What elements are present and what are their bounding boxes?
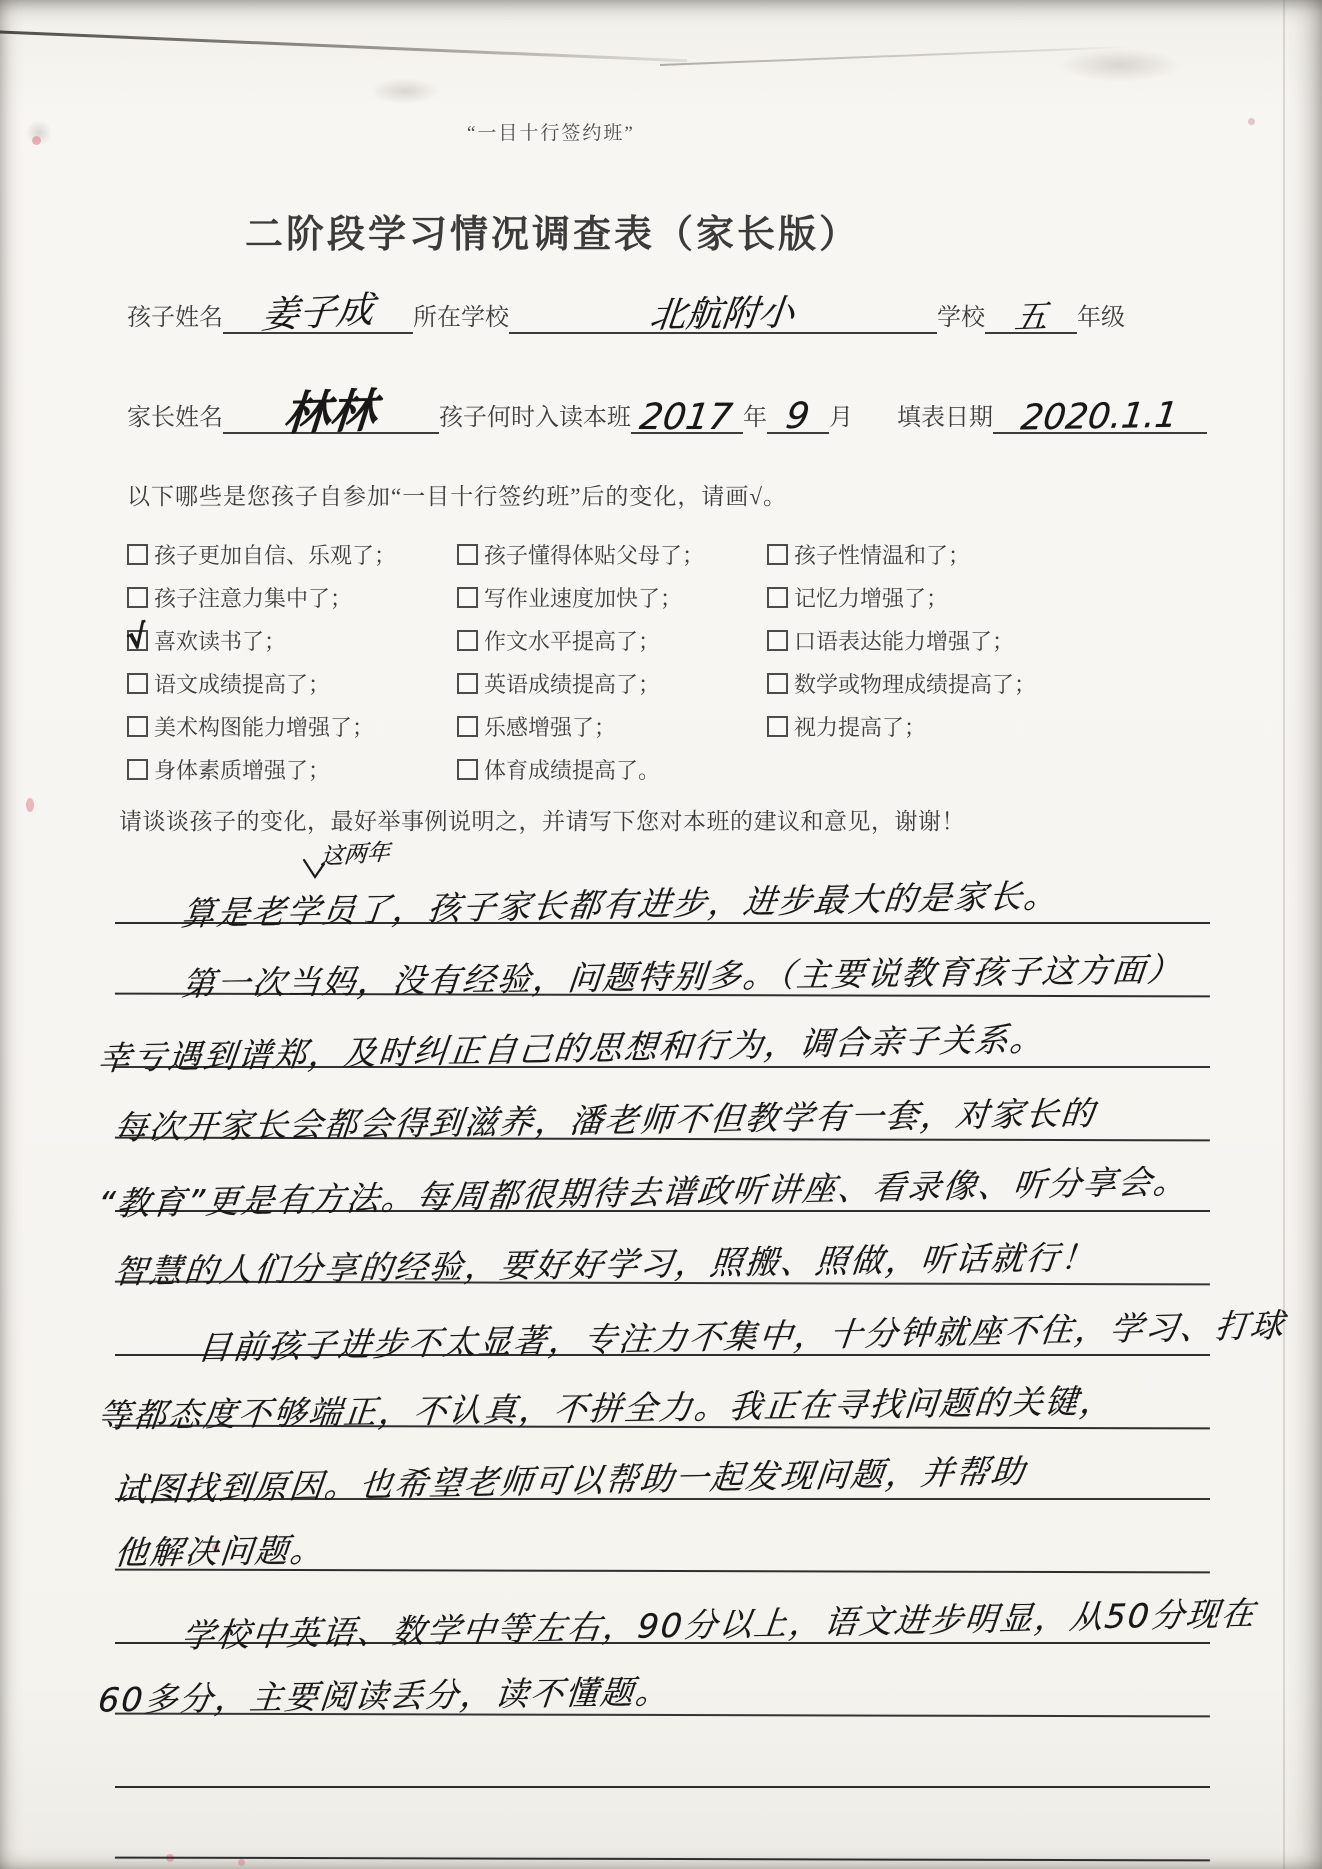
- checkbox-item-oral-expression: 口语表达能力增强了；: [767, 625, 1210, 668]
- ruled-line-empty: [115, 1716, 1210, 1788]
- checkbox-item-temperament: 孩子性情温和了；: [767, 539, 1210, 582]
- checkbox-item-reading-checked: √喜欢读书了；: [127, 625, 457, 668]
- parent-name-value: 林林: [282, 374, 379, 443]
- scan-fold-line: [1283, 0, 1285, 1869]
- form-content: “一目十行签约班” 二阶段学习情况调查表（家长版） 孩子姓名 姜子成 所在学校 …: [115, 0, 1210, 1860]
- checklist-grid: 孩子更加自信、乐观了； 孩子懂得体贴父母了； 孩子性情温和了； 孩子注意力集中了…: [115, 539, 1210, 797]
- handwritten-text: 智慧的人们分享的经验，要好好学习，照搬、照做，听话就行！: [113, 1241, 1098, 1289]
- handwritten-text: 60多分，主要阅读丢分，读不懂题。: [97, 1675, 672, 1716]
- handwritten-line: 每次开家长会都会得到滋养，潘老师不但教学有一套，对家长的: [115, 1067, 1210, 1142]
- handwritten-line: “教育”更是有方法。每周都很期待去谱政听讲座、看录像、听分享会。: [115, 1140, 1210, 1212]
- handwritten-text: 每次开家长会都会得到滋养，潘老师不但教学有一套，对家长的: [113, 1097, 1098, 1145]
- date-field: 2020.1.1: [993, 392, 1207, 434]
- checkbox-icon: [127, 673, 148, 694]
- checkbox-icon: [457, 716, 478, 737]
- handwritten-line: 等都态度不够端正，不认真，不拼全力。我正在寻找问题的关键，: [115, 1355, 1210, 1430]
- enroll-month-suffix: 月: [829, 397, 853, 434]
- checkbox-item-attention: 孩子注意力集中了；: [127, 582, 457, 625]
- parent-name-field: 林林: [223, 366, 439, 434]
- checkbox-item-math-physics-score: 数学或物理成绩提高了；: [767, 668, 1210, 711]
- checkbox-label: 孩子更加自信、乐观了；: [154, 539, 396, 570]
- child-info-row: 孩子姓名 姜子成 所在学校 北航附小 学校 五 年级: [115, 286, 1210, 334]
- checkbox-icon: [457, 759, 478, 780]
- handwritten-line: 他解决问题。: [115, 1499, 1210, 1574]
- grade-value: 五: [1012, 290, 1048, 338]
- essay-prompt: 请谈谈孩子的变化，最好举事例说明之，并请写下您对本班的建议和意见，谢谢！: [115, 803, 1210, 836]
- handwritten-line: 试图找到原因。也希望老师可以帮助一起发现问题，并帮助: [115, 1428, 1210, 1500]
- checkbox-icon: [457, 587, 478, 608]
- checkbox-label: 乐感增强了；: [484, 711, 616, 742]
- checkbox-item-homework-speed: 写作业速度加快了；: [457, 582, 767, 625]
- handwritten-text: 第一次当妈，没有经验，问题特别多。（主要说教育孩子这方面）: [181, 953, 1184, 1001]
- scan-speck: [238, 1859, 245, 1866]
- enroll-year-suffix: 年: [743, 397, 767, 434]
- checkbox-icon: [457, 630, 478, 651]
- grade-field: 五: [985, 285, 1077, 334]
- program-name-header: “一目十行签约班”: [115, 118, 1210, 145]
- grade-prefix-label: 学校: [937, 297, 985, 334]
- handwritten-line: 60多分，主要阅读丢分，读不懂题。: [115, 1643, 1210, 1718]
- school-field: 北航附小: [509, 281, 937, 334]
- grade-suffix-label: 年级: [1077, 297, 1125, 334]
- checkbox-label: 视力提高了；: [794, 711, 926, 742]
- checkbox-icon: [127, 716, 148, 737]
- scanned-survey-page: “一目十行签约班” 二阶段学习情况调查表（家长版） 孩子姓名 姜子成 所在学校 …: [0, 0, 1322, 1869]
- handwritten-text: 他解决问题。: [113, 1533, 326, 1569]
- checkbox-label: 作文水平提高了；: [484, 625, 660, 656]
- handwritten-text: 等都态度不够端正，不认真，不拼全力。我正在寻找问题的关键，: [97, 1384, 1117, 1432]
- school-label: 所在学校: [413, 297, 509, 334]
- checkbox-label: 英语成绩提高了；: [484, 668, 660, 699]
- checkbox-item-eyesight: 视力提高了；: [767, 711, 1210, 754]
- handwritten-line: 学校中英语、数学中等左右，90分以上，语文进步明显，从50分现在: [115, 1572, 1210, 1644]
- handwritten-line: 幸亏遇到谱郑，及时纠正自己的思想和行为，调合亲子关系。: [115, 996, 1210, 1068]
- enroll-month-value: 9: [783, 396, 812, 437]
- date-value: 2020.1.1: [1019, 396, 1180, 439]
- checkbox-label: 口语表达能力增强了；: [794, 625, 1014, 656]
- ruled-line-empty: [115, 1787, 1210, 1862]
- checkbox-item-art-composition: 美术构图能力增强了；: [127, 711, 457, 754]
- date-label: 填表日期: [897, 397, 993, 434]
- checkbox-icon: [127, 544, 148, 565]
- enroll-year-value: 2017: [637, 397, 734, 438]
- checkbox-icon: [127, 587, 148, 608]
- checkbox-icon: [767, 673, 788, 694]
- scan-speck: [1248, 118, 1255, 125]
- checkbox-item-considerate: 孩子懂得体贴父母了；: [457, 539, 767, 582]
- scan-speck: [26, 798, 34, 812]
- school-value: 北航附小: [648, 285, 798, 339]
- checkbox-label: 孩子懂得体贴父母了；: [484, 539, 704, 570]
- handwritten-line: 目前孩子进步不太显著，专注力不集中，十分钟就座不住，学习、打球: [115, 1284, 1210, 1356]
- checkbox-label: 美术构图能力增强了；: [154, 711, 374, 742]
- checkbox-label: 孩子性情温和了；: [794, 539, 970, 570]
- child-name-value: 姜子成: [259, 279, 375, 339]
- handwritten-line: 智慧的人们分享的经验，要好好学习，照搬、照做，听话就行！: [115, 1211, 1210, 1286]
- checkbox-icon: [457, 673, 478, 694]
- checkbox-label: 体育成绩提高了。: [484, 754, 660, 785]
- checklist-instruction: 以下哪些是您孩子自参加“一目十行签约班”后的变化，请画√。: [115, 478, 1210, 511]
- scan-speck: [32, 136, 41, 145]
- checkbox-item-confidence: 孩子更加自信、乐观了；: [127, 539, 457, 582]
- enroll-year-field: 2017: [631, 391, 743, 434]
- checkbox-label: 身体素质增强了；: [154, 754, 330, 785]
- checkbox-item-music-sense: 乐感增强了；: [457, 711, 767, 754]
- checkbox-item-composition: 作文水平提高了；: [457, 625, 767, 668]
- checkbox-label: 写作业速度加快了；: [484, 582, 682, 613]
- inserted-text-group: 这两年: [301, 836, 390, 885]
- checkbox-icon: [767, 544, 788, 565]
- checkbox-icon: √: [127, 630, 148, 651]
- handwritten-essay: 这两年 算是老学员了，孩子家长都有进步，进步最大的是家长。 第一次当妈，没有经验…: [115, 852, 1210, 1860]
- checkbox-item-pe-score: 体育成绩提高了。: [457, 754, 767, 797]
- checkbox-icon: [457, 544, 478, 565]
- enroll-label: 孩子何时入读本班: [439, 397, 631, 434]
- checkbox-icon: [127, 759, 148, 780]
- enroll-month-field: 9: [767, 391, 829, 434]
- checkbox-label: 孩子注意力集中了；: [154, 582, 352, 613]
- child-name-field: 姜子成: [223, 278, 413, 334]
- checkbox-item-memory: 记忆力增强了；: [767, 582, 1210, 625]
- checkbox-label: 语文成绩提高了；: [154, 668, 330, 699]
- child-name-label: 孩子姓名: [127, 297, 223, 334]
- parent-name-label: 家长姓名: [127, 397, 223, 434]
- checkbox-label: 喜欢读书了；: [154, 625, 286, 656]
- checkbox-item-chinese-score: 语文成绩提高了；: [127, 668, 457, 711]
- checkbox-label: 记忆力增强了；: [794, 582, 948, 613]
- checkbox-icon: [767, 716, 788, 737]
- checkbox-item-english-score: 英语成绩提高了；: [457, 668, 767, 711]
- handwritten-line: 第一次当妈，没有经验，问题特别多。（主要说教育孩子这方面）: [115, 923, 1210, 998]
- form-title: 二阶段学习情况调查表（家长版）: [115, 203, 1210, 258]
- checkbox-icon: [767, 587, 788, 608]
- insertion-text: 这两年: [320, 834, 392, 872]
- checkbox-icon: [767, 630, 788, 651]
- handwritten-line: 这两年 算是老学员了，孩子家长都有进步，进步最大的是家长。: [115, 852, 1210, 924]
- checkbox-item-physical-fitness: 身体素质增强了；: [127, 754, 457, 797]
- parent-info-row: 家长姓名 林林 孩子何时入读本班 2017 年 9 月 填表日期 2020.1.…: [115, 382, 1210, 434]
- checkbox-label: 数学或物理成绩提高了；: [794, 668, 1036, 699]
